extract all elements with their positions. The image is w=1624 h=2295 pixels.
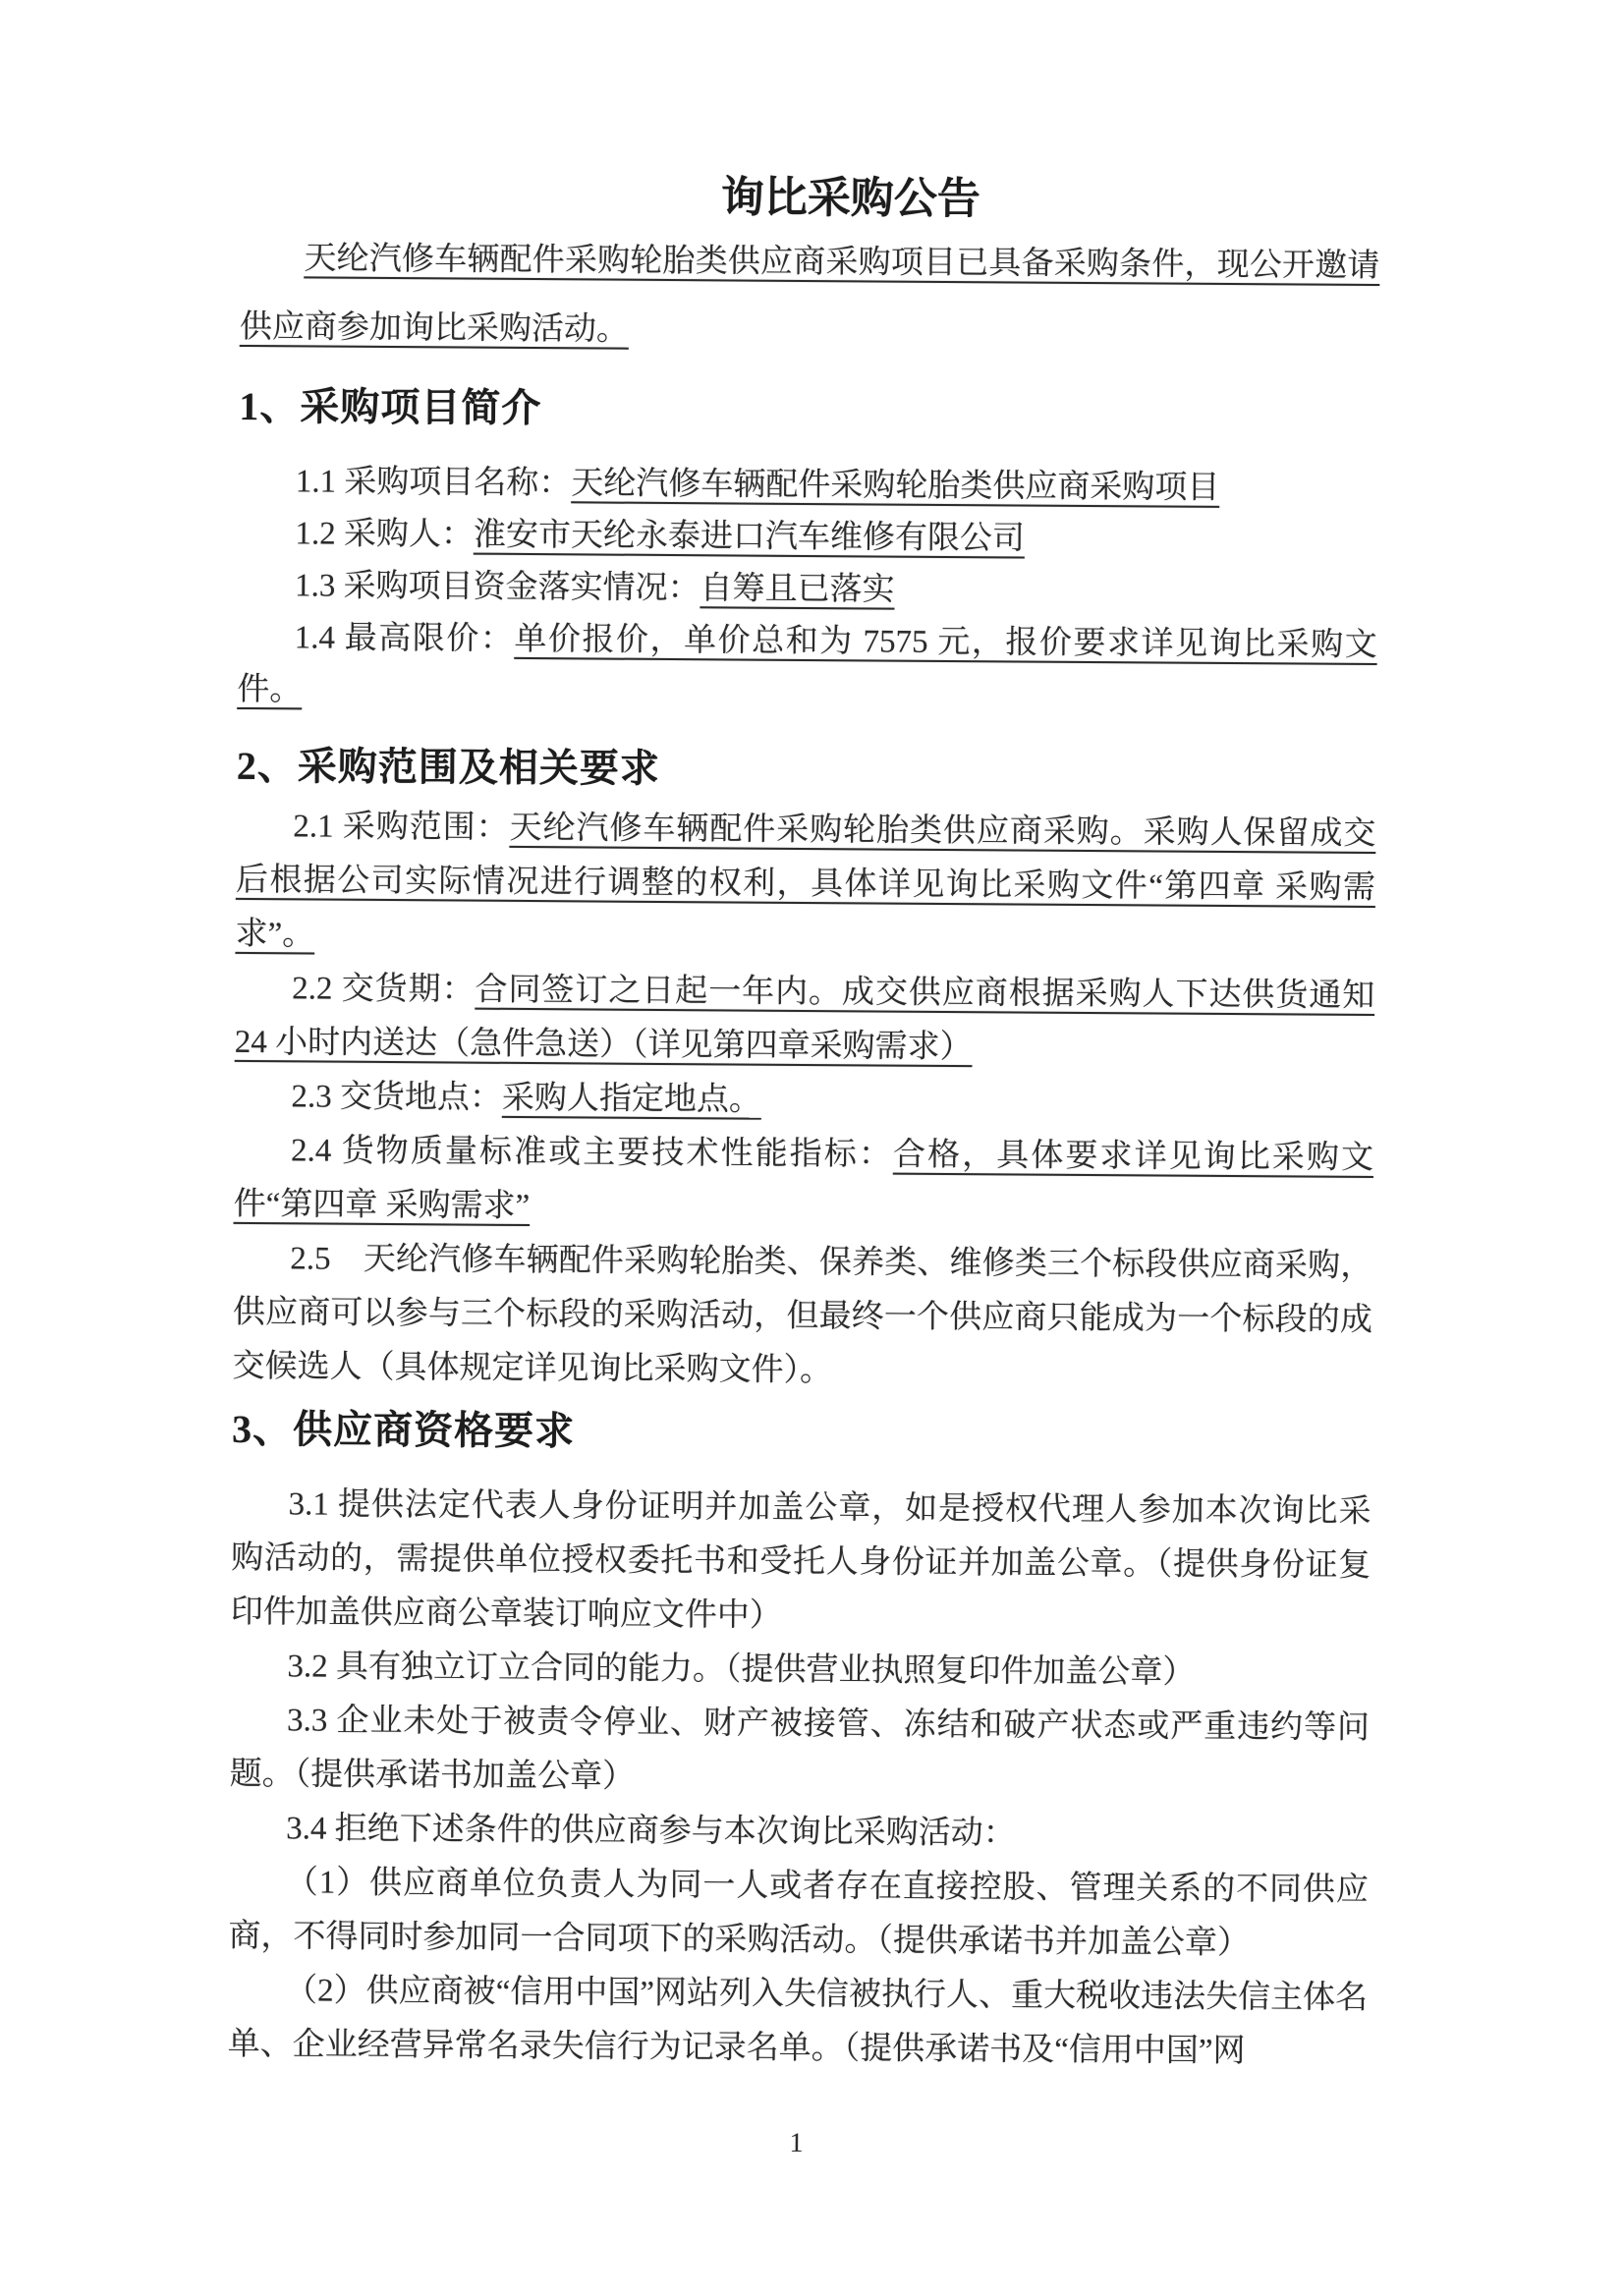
item-2-2-label: 2.2 交货期： xyxy=(292,971,476,1007)
item-2-5-text: 天纶汽修车辆配件采购轮胎类、保养类、维修类三个标段供应商采购，供应商可以参与三个… xyxy=(232,1242,1372,1389)
intro-paragraph: 天纶汽修车辆配件采购轮胎类供应商采购项目已具备采购条件，现公开邀请供应商参加询比… xyxy=(240,224,1380,369)
item-1-1: 1.1 采购项目名称：天纶汽修车辆配件采购轮胎类供应商采购项目 xyxy=(239,456,1378,516)
page-number: 1 xyxy=(227,2125,1367,2162)
item-2-1-label: 2.1 采购范围： xyxy=(293,809,509,846)
item-1-3-value: 自筹且已落实 xyxy=(700,571,894,607)
item-2-4: 2.4 货物质量标准或主要技术性能指标：合格，具体要求详见询比采购文件“第四章 … xyxy=(233,1124,1373,1240)
item-1-3: 1.3 采购项目资金落实情况：自筹且已落实 xyxy=(238,560,1377,620)
item-1-3-label: 1.3 采购项目资金落实情况： xyxy=(295,568,700,606)
item-3-3: 3.3 企业未处于被责令停业、财产被接管、冻结和破产状态或严重违约等问题。（提供… xyxy=(229,1694,1370,1810)
item-2-5-label: 2.5 xyxy=(290,1241,331,1276)
item-2-4-label: 2.4 货物质量标准或主要技术性能指标： xyxy=(291,1133,893,1172)
section-2-heading: 2、采购范围及相关要求 xyxy=(237,742,1376,799)
item-2-2: 2.2 交货期：合同签订之日起一年内。成交供应商根据采购人下达供货通知 24 小… xyxy=(235,962,1375,1078)
item-1-4: 1.4 最高限价：单价报价，单价总和为 7575 元，报价要求详见询比采购文件。 xyxy=(237,612,1377,724)
document-content: 询比采购公告 天纶汽修车辆配件采购轮胎类供应商采购项目已具备采购条件，现公开邀请… xyxy=(227,0,1381,2162)
item-1-4-label: 1.4 最高限价： xyxy=(295,620,515,657)
section-3-heading: 3、供应商资格要求 xyxy=(232,1405,1372,1462)
item-3-4-sub-1: （1）供应商单位负责人为同一人或者存在直接控股、管理关系的不同供应商，不得同时参… xyxy=(228,1856,1369,1972)
section-3-body: 3.1 提供法定代表人身份证明并加盖公章，如是授权代理人参加本次询比采购活动的，… xyxy=(228,1478,1372,2080)
section-1-heading: 1、采购项目简介 xyxy=(239,382,1378,439)
document-page: 询比采购公告 天纶汽修车辆配件采购轮胎类供应商采购项目已具备采购条件，现公开邀请… xyxy=(0,0,1624,2295)
item-3-2: 3.2 具有独立订立合同的能力。（提供营业执照复印件加盖公章） xyxy=(230,1640,1370,1702)
item-1-1-label: 1.1 采购项目名称： xyxy=(296,464,572,501)
item-1-1-value: 天纶汽修车辆配件采购轮胎类供应商采购项目 xyxy=(571,466,1219,506)
item-1-2: 1.2 采购人：淮安市天纶永泰进口汽车维修有限公司 xyxy=(238,508,1377,568)
item-2-3-label: 2.3 交货地点： xyxy=(291,1079,502,1115)
section-1-body: 1.1 采购项目名称：天纶汽修车辆配件采购轮胎类供应商采购项目 1.2 采购人：… xyxy=(237,456,1378,724)
item-1-2-label: 1.2 采购人： xyxy=(295,516,474,552)
item-3-1: 3.1 提供法定代表人身份证明并加盖公章，如是授权代理人参加本次询比采购活动的，… xyxy=(231,1478,1372,1648)
section-2-body: 2.1 采购范围：天纶汽修车辆配件采购轮胎类供应商采购。采购人保留成交后根据公司… xyxy=(232,800,1375,1402)
item-2-5: 2.5 天纶汽修车辆配件采购轮胎类、保养类、维修类三个标段供应商采购，供应商可以… xyxy=(232,1232,1372,1402)
item-2-3-value: 采购人指定地点。 xyxy=(502,1081,761,1118)
document-title: 询比采购公告 xyxy=(281,0,1423,230)
item-3-4-sub-2: （2）供应商被“信用中国”网站列入失信被执行人、重大税收违法失信主体名单、企业经… xyxy=(228,1964,1369,2080)
item-2-1: 2.1 采购范围：天纶汽修车辆配件采购轮胎类供应商采购。采购人保留成交后根据公司… xyxy=(235,800,1375,970)
item-1-2-value: 淮安市天纶永泰进口汽车维修有限公司 xyxy=(474,518,1025,557)
item-2-3: 2.3 交货地点：采购人指定地点。 xyxy=(234,1070,1373,1132)
item-3-4: 3.4 拒绝下述条件的供应商参与本次询比采购活动： xyxy=(229,1802,1369,1864)
